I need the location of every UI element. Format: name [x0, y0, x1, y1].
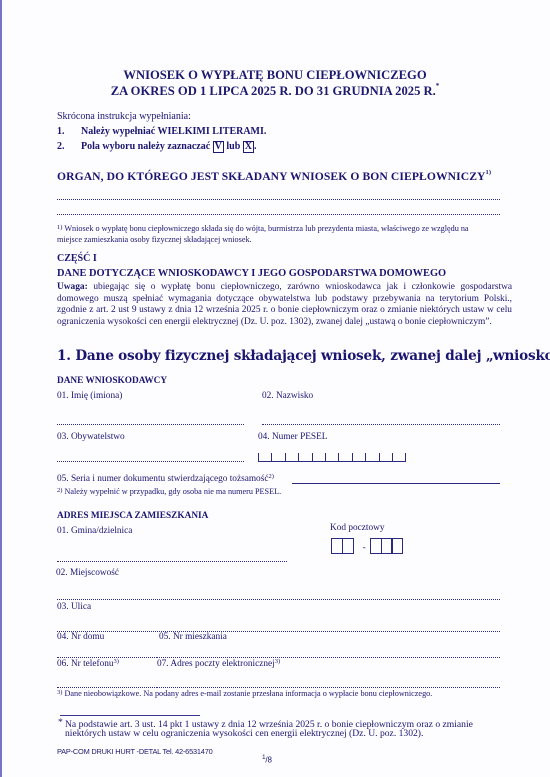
field-label-phone: 06. Nr telefonu3)	[57, 659, 119, 669]
page-number: 1/8	[262, 754, 272, 765]
field-label-locality: 02. Miejscowość	[56, 568, 119, 578]
footnote-divider	[60, 715, 200, 716]
publisher-info: PAP-COM DRUKI HURT -DETAL Tel. 42-653147…	[57, 747, 213, 756]
legal-note-line2: niektórych ustaw w celu ograniczenia wys…	[65, 729, 423, 739]
street-input[interactable]	[57, 625, 500, 632]
municipality-input[interactable]	[57, 555, 287, 562]
instruction-item-1: 1. Należy wypełniać WIELKIMI LITERAMI.	[57, 126, 266, 138]
field-label-surname: 02. Nazwisko	[262, 391, 313, 401]
postal-code-input[interactable]: -	[331, 537, 402, 555]
address-heading: ADRES MIEJSCA ZAMIESZKANIA	[57, 511, 208, 521]
field-label-street: 03. Ulica	[57, 602, 91, 612]
field-label-first-name: 01. Imię (imiona)	[57, 391, 122, 401]
field-label-house-number: 04. Nr domu	[57, 632, 104, 642]
organ-heading: ORGAN, DO KTÓREGO JEST SKŁADANY WNIOSEK …	[57, 170, 491, 183]
postal-digit-box[interactable]	[391, 538, 403, 554]
locality-input[interactable]	[57, 593, 500, 600]
field-label-email: 07. Adres poczty elektronicznej3)	[157, 659, 280, 669]
apartment-number-input[interactable]	[157, 651, 500, 658]
applicant-footnote: 2) Należy wypełnić w przypadku, gdy osob…	[57, 487, 281, 497]
section-title-applicant: 1. Dane osoby fizycznej składającej wnio…	[57, 348, 550, 364]
organ-field-line-1[interactable]	[57, 193, 500, 200]
part-note: Uwaga: ubiegając się o wypłatę bonu ciep…	[57, 282, 512, 328]
organ-footnote-cont: miejsce zamieszkania osoby fizycznej skł…	[57, 235, 252, 245]
part-label: CZĘŚĆ I	[57, 253, 97, 264]
instructions-heading: Skrócona instrukcja wypełniania:	[57, 111, 191, 123]
title-footnote-marker: *	[436, 82, 440, 90]
checkbox-sample-x: X	[243, 141, 254, 153]
field-label-pesel: 04. Numer PESEL	[258, 432, 327, 442]
postal-digit-box[interactable]	[342, 538, 354, 554]
phone-input[interactable]	[57, 681, 157, 688]
house-number-input[interactable]	[57, 651, 157, 658]
organ-footnote: 1) Wniosek o wypłatę bonu ciepłowniczego…	[57, 224, 469, 234]
organ-field-line-2[interactable]	[57, 208, 500, 215]
form-page: WNIOSEK O WYPŁATĘ BONU CIEPŁOWNICZEGO ZA…	[0, 0, 550, 777]
field-label-id-document: 05. Seria i numer dokumentu stwierdzając…	[57, 474, 274, 484]
instruction-item-2: 2. Pola wyboru należy zaznaczać V lub X.	[57, 141, 257, 153]
postal-code-label: Kod pocztowy	[330, 523, 384, 533]
id-document-input[interactable]	[292, 483, 500, 484]
citizenship-input[interactable]	[57, 455, 244, 462]
field-label-municipality: 01. Gmina/dzielnica	[57, 526, 132, 536]
part-heading: DANE DOTYCZĄCE WNIOSKODAWCY I JEGO GOSPO…	[57, 268, 446, 279]
checkbox-sample-v: V	[213, 141, 224, 153]
applicant-heading: DANE WNIOSKODAWCY	[57, 376, 167, 386]
first-name-input[interactable]	[57, 418, 244, 425]
form-title-line1: WNIOSEK O WYPŁATĘ BONU CIEPŁOWNICZEGO	[0, 69, 550, 82]
email-input[interactable]	[157, 681, 500, 688]
field-label-apartment-number: 05. Nr mieszkania	[159, 632, 227, 642]
field-label-citizenship: 03. Obywatelstwo	[57, 432, 125, 442]
form-title-line2: ZA OKRES OD 1 LIPCA 2025 R. DO 31 GRUDNI…	[0, 82, 550, 98]
pesel-input[interactable]	[258, 453, 406, 462]
surname-input[interactable]	[262, 418, 500, 425]
address-footnote: 3) Dane nieobowiązkowe. Na podany adres …	[57, 689, 432, 699]
legal-note-marker: *	[58, 718, 63, 728]
postal-code-dash: -	[363, 543, 366, 553]
